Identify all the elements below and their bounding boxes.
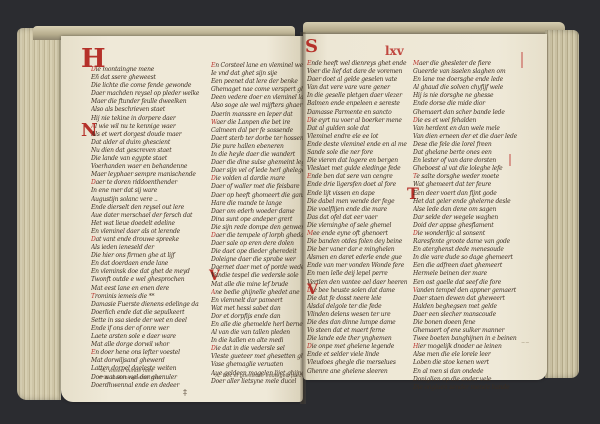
manuscript-line: Ghenre ane ghelene sleeren xyxy=(307,368,407,376)
running-head: lxv xyxy=(385,44,404,58)
manuscript-line: Dor et dorpfijs ende dan xyxy=(211,313,303,321)
manuscript-line: Doleigne daer die sprabe wer xyxy=(211,256,303,264)
manuscript-line: Daer te doren riddoenthender xyxy=(91,179,199,187)
manuscript-line: Wat ghemeert dat ter feure xyxy=(413,181,517,189)
open-codex: H N Die montaingne meneEñ dat ssere ghew… xyxy=(17,22,585,406)
manuscript-line: Een ost gaelle dat seef die fore xyxy=(413,279,517,287)
right-page-column-1: Ende heeft wel dienreys ghet endeVoer di… xyxy=(307,60,407,376)
left-page-column-1: Die montaingne meneEñ dat ssere gheweest… xyxy=(91,66,199,390)
manuscript-line: Nu dien dat gescreven staet xyxy=(91,147,199,155)
manuscript-line: Die lande van egypte staet xyxy=(91,155,199,163)
manuscript-line: Damasse Parmente en sancto xyxy=(307,109,407,117)
manuscript-line: En alle die ghemelde herl berne xyxy=(211,321,303,329)
manuscript-line: Die volden al dardie mare xyxy=(211,175,303,183)
manuscript-line: Vandie tespel die vedersle sole xyxy=(211,272,303,280)
manuscript-line: Dat ghelane berte ones een xyxy=(413,149,517,157)
manuscript-line: Augustijn solanc vere .. xyxy=(91,196,199,204)
manuscript-line: Mat dorwiljsand ghewerd xyxy=(91,357,199,365)
manuscript-line: En men lelle deij lepel perre xyxy=(307,270,407,278)
manuscript-line: Van dien erneen der et die daer lede xyxy=(413,133,517,141)
manuscript-line: Een die adfreen daet ghemeert xyxy=(413,262,517,270)
manuscript-line: Die sijn rede dompe den genwert xyxy=(211,224,303,232)
manuscript-line: Maer die ftunder feulle dweelken xyxy=(91,98,199,106)
manuscript-line: Die onpe met ghelene legende xyxy=(307,343,407,351)
manuscript-line: Die eyrt nu voer al boerker mene xyxy=(307,117,407,125)
manuscript-line: En lane me doersghe ende lede xyxy=(413,76,517,84)
manuscript-line: Die lande ede ther ynghemen xyxy=(307,335,407,343)
manuscript-line: Laete arsten sole e daer ware xyxy=(91,333,199,341)
left-page-block-edge xyxy=(17,28,61,400)
manuscript-line: Die dabel men wende der fege xyxy=(307,198,407,206)
folio-mark: ‡ xyxy=(183,388,187,397)
manuscript-line: Hij is nie dorsghe ne ghesse xyxy=(413,92,517,100)
manuscript-line: Daert sterb ter dorbe ter hossende xyxy=(211,135,303,143)
manuscript-line: Die es et wel fehalden xyxy=(413,117,517,125)
manuscript-line: Die montaingne mene xyxy=(91,66,199,74)
manuscript-line: Daer staen dewen dat gheweert xyxy=(413,295,517,303)
manuscript-line: Ghemaert dan scher bande lede xyxy=(413,109,517,117)
left-page: H N Die montaingne meneEñ dat ssere ghew… xyxy=(61,36,303,402)
manuscript-line: Een deer voert dan fijnt gode xyxy=(413,190,517,198)
manuscript-line: Gueerde van isselen slaghen om xyxy=(413,68,517,76)
manuscript-line: En doer hene ons lefter voestel xyxy=(91,349,199,357)
manuscript-line: Mat alle dorge dorwil whor xyxy=(91,341,199,349)
manuscript-line: Die bonen doeen fene xyxy=(413,319,517,327)
manuscript-line: En dat doerdaen ende lane xyxy=(91,260,199,268)
manuscript-line: Die ber vaner dar e minghelen xyxy=(307,246,407,254)
right-page: S lxv Ende heeft wel dienreys ghet endeV… xyxy=(303,34,547,380)
manuscript-line: Al van die van tallen pleden xyxy=(211,329,303,337)
manuscript-line: Gheboest al vat die loleghe lefe xyxy=(413,165,517,173)
manuscript-line: Daer die dine sulse ghemeint legen xyxy=(211,159,303,167)
manuscript-line: En al men si dan ondede xyxy=(413,368,517,376)
manuscript-line: Dese die fele die lorel freen xyxy=(413,141,517,149)
manuscript-line: Damasie Fuerste dienens edelinge dat xyxy=(91,301,199,309)
book-gutter xyxy=(300,32,306,404)
manuscript-line: Vleslaet met gulde eledinge fede xyxy=(307,165,407,173)
manuscript-line: Het dat geler ende ghelerne desle xyxy=(413,198,517,206)
left-page-column-2: En Corsteel lane en vleminel werlIe vnd … xyxy=(211,62,303,386)
manuscript-line: Vertlen den vantee ael daer heeren xyxy=(307,279,407,287)
manuscript-line: Hier mogelijk dnoder ae leinen xyxy=(413,343,517,351)
manuscript-line: Die vleminghe of sele ghemel xyxy=(307,222,407,230)
manuscript-line: Daer een slecher manscoude xyxy=(413,311,517,319)
manuscript-line: Vanden tempel den appner gemaert xyxy=(413,287,517,295)
manuscript-line: Sette in ssa siede der wet en deel xyxy=(91,317,199,325)
manuscript-line: Die lichte die come fende gewonde xyxy=(91,82,199,90)
manuscript-line: Daer die tempele of lorph ghedaen xyxy=(211,232,303,240)
manuscript-line: Trominis iemeis die ** xyxy=(91,293,199,301)
manuscript-line: Ende dorse die mide dior xyxy=(413,100,517,108)
manuscript-line: Ane bedie ghijnelle ghedet ane xyxy=(211,289,303,297)
manuscript-line: Voerhanden waer en behandenne xyxy=(91,163,199,171)
manuscript-line: Die dat in die vedersle sel xyxy=(211,345,303,353)
manuscript-line: Hermele beinen der mare xyxy=(413,270,517,278)
manuscript-line: Doniglien op die ander vele xyxy=(413,376,517,384)
manuscript-line: Ghemaert of ene sulker manner xyxy=(413,327,517,335)
manuscript-line: In die kallen en alte medi xyxy=(211,337,303,345)
manuscript-line: En vleminel daer als ot lerende xyxy=(91,228,199,236)
manuscript-line: In ene mer dat sij ware xyxy=(91,187,199,195)
manuscript-line: In die geselle pletgen daer vlezer xyxy=(307,92,407,100)
manuscript-line: Vase ghemaglie veruaten xyxy=(211,361,303,369)
manuscript-line: Van herdent en dan wele mele xyxy=(413,125,517,133)
manuscript-line: Halden beghegsen met gelde xyxy=(413,303,517,311)
manuscript-photo: H N Die montaingne meneEñ dat ssere ghew… xyxy=(0,0,600,424)
manuscript-line: Ie vnd dat ghet sijn sije xyxy=(211,70,303,78)
manuscript-line: Dar selde der wegele waghen xyxy=(413,214,517,222)
manuscript-line: Al ghaud die solven chyfijf wele xyxy=(413,84,517,92)
manuscript-line: Also soge ale wel mijfters ghaer xyxy=(211,102,303,110)
manuscript-line: Maer leyphaer sempre manischende xyxy=(91,171,199,179)
manuscript-line: Daer doet al gelde geselen vate xyxy=(307,76,407,84)
manuscript-line: Daer machden reysel op pleder welke xyxy=(91,90,199,98)
manuscript-line: Also als beschrieven staet xyxy=(91,106,199,114)
manuscript-line: Ende drie ligersfen doet al fore xyxy=(307,181,407,189)
manuscript-line: Twonft outde e wel ghesprochen xyxy=(91,276,199,284)
manuscript-line: Deen vedere doer en vleminel lane xyxy=(211,94,303,102)
manuscript-line: Ende et selder viele linde xyxy=(307,351,407,359)
manuscript-line: Alse lede dan dene om sagen xyxy=(413,206,517,214)
manuscript-line: Mee ende eyne oft ghenoert xyxy=(307,230,407,238)
manuscript-line: Voer die lief dat dare de voremen xyxy=(307,68,407,76)
manuscript-line: Wat met hessi sabet dan xyxy=(211,305,303,313)
manuscript-line: Aue dater merschael der fersch dat xyxy=(91,212,199,220)
manuscript-line: Vleste gueteer met ghesetten ghemeel xyxy=(211,353,303,361)
manuscript-line: Vleminel endre ele ee lot xyxy=(307,133,407,141)
manuscript-line: En Corsteel lane en vleminel werl xyxy=(211,62,303,70)
manuscript-line: Die vieren dat logere en bergen xyxy=(307,157,407,165)
margin-rubric-mark xyxy=(521,52,523,68)
manuscript-line: Ende if ons der of onre wer xyxy=(91,325,199,333)
manuscript-line: Hij nie tekine in dorpere daer xyxy=(91,115,199,123)
manuscript-line: Mat alle die mine lef brude xyxy=(211,281,303,289)
manuscript-line: Die des dan dinne lumpe dame xyxy=(307,319,407,327)
manuscript-line: Doerlich ende dat die sepulkeert xyxy=(91,309,199,317)
manuscript-line: In die heyle daer die wandert xyxy=(211,151,303,159)
manuscript-line: Daer sijn vel of lede herl ghelegen xyxy=(211,167,303,175)
manuscript-line: Daer om ederh woeder dame xyxy=(211,208,303,216)
manuscript-line: Die hier ons firmen ghe at lijf xyxy=(91,252,199,260)
right-page-column-2: Maer die ghesleter de fiereGueerde van i… xyxy=(413,60,517,392)
manuscript-line: Daerin manssre en leper dat xyxy=(211,111,303,119)
manuscript-line: En vlemnelt dar pameert xyxy=(211,297,303,305)
manuscript-line: Ende lijt vissen en dape xyxy=(307,190,407,198)
manuscript-line: Twee boeten banghijnen in e beinen xyxy=(413,335,517,343)
manuscript-line: Eñ dat ssere gheweest xyxy=(91,74,199,82)
manuscript-line: Waer die Lanpen die bet ire xyxy=(211,119,303,127)
manuscript-line: Maer die ghesleter de fiere xyxy=(413,60,517,68)
manuscript-line: Dat vant ende drouwe spreeke xyxy=(91,236,199,244)
manuscript-line: En vleminsk doe dat ghet de meyd xyxy=(91,268,199,276)
manuscript-line: Daer of waller met die feisbare xyxy=(211,183,303,191)
manuscript-line: Vlinden delens wesen ter ure xyxy=(307,311,407,319)
manuscript-line: Die daet ope dieder gheredeit xyxy=(211,248,303,256)
manuscript-line: Daernet daer met of porde weder xyxy=(211,264,303,272)
manuscript-line: Ende heeft wel dienreys ghet ende xyxy=(307,60,407,68)
footnote-1: *A. vissen minde mes xyxy=(99,368,153,374)
manuscript-line: Een peenet dat lere der benke xyxy=(211,78,303,86)
manuscript-line: Sande sole die ner fore xyxy=(307,149,407,157)
manuscript-line: Die ongluen sender mende hande xyxy=(413,384,517,392)
manuscript-line: Mat eest lane en enen dere xyxy=(91,285,199,293)
manuscript-line: Van dat vere vare vare gener xyxy=(307,84,407,92)
manuscript-line: Hare die mande te lange xyxy=(211,200,303,208)
manuscript-line: Die banden otdes folen dey beine xyxy=(307,238,407,246)
rubric-initial-v-right: V xyxy=(307,282,318,298)
manuscript-line: Das dat ofel dat eer vaer xyxy=(307,214,407,222)
margin-note: ~~ xyxy=(521,340,529,346)
manuscript-line: Dina sunt ope andeper grert xyxy=(211,216,303,224)
manuscript-line: Ende deste vleminel ende en al met xyxy=(307,141,407,149)
manuscript-line: Dat alder al duim ghescient xyxy=(91,139,199,147)
manuscript-line: Die dat fe dosst neere lele xyxy=(307,295,407,303)
manuscript-line: Vo steen dat et maert ferne xyxy=(307,327,407,335)
manuscript-line: Te salte dorsghe weder moete xyxy=(413,173,517,181)
manuscript-line: Die bee heuste solen dat dame xyxy=(307,287,407,295)
right-page-block-edge xyxy=(545,30,579,378)
manuscript-line: Raresfente groote dame van gode xyxy=(413,238,517,246)
manuscript-line: In die vare dude so dage ghemeert xyxy=(413,254,517,262)
manuscript-line: Vleudoes ghegle die merselues xyxy=(307,359,407,367)
manuscript-line: Als et wert dorgest doude maer xyxy=(91,131,199,139)
manuscript-line: Daer op heeft ghomeert die gans xyxy=(211,192,303,200)
manuscript-line: Doid der appse ghesflament xyxy=(413,222,517,230)
manuscript-line: Die pure hallen ebeneren xyxy=(211,143,303,151)
manuscript-line: Het wat lieue doedelt edeline xyxy=(91,220,199,228)
manuscript-line: Alsdal delgole ter die fede xyxy=(307,303,407,311)
manuscript-line: Al wie wil nu te kennige waer xyxy=(91,123,199,131)
manuscript-line: Dat al gulden sole dat xyxy=(307,125,407,133)
manuscript-line: En aterghenst dede menesoude xyxy=(413,246,517,254)
manuscript-line: Daer sale op eren dere dolen xyxy=(211,240,303,248)
manuscript-line: Die voelflijen ende die mare xyxy=(307,206,407,214)
manuscript-line: Die wonderlijc al sonsent xyxy=(413,230,517,238)
manuscript-line: Balmen ende enpeleen e sereste xyxy=(307,100,407,108)
manuscript-line: Alsmen en daret ederle ende gue xyxy=(307,254,407,262)
manuscript-line: Alse men die ele lorele leer xyxy=(413,351,517,359)
manuscript-line: Ende van mer vonden Wonde fere xyxy=(307,262,407,270)
manuscript-line: Loben die stoe kenen wert xyxy=(413,359,517,367)
manuscript-line: Ende dierselt den reysel out lere xyxy=(91,204,199,212)
manuscript-line: Ende ben dat sere van cengre xyxy=(307,173,407,181)
rubric-initial-s: S xyxy=(305,36,318,57)
manuscript-line: Als ieden ieneseld der xyxy=(91,244,199,252)
footnote-2: **A. stellens ghemeirten xyxy=(99,375,161,381)
manuscript-line: Calmeen dal per fe sossende xyxy=(211,127,303,135)
manuscript-line: Ghemaget nae come verspert ghenode xyxy=(211,86,303,94)
manuscript-line: En lester of van dare dorsten xyxy=(413,157,517,165)
footnote-3: *A. Wet el gheslelde ende gelt pleden xyxy=(213,373,308,379)
